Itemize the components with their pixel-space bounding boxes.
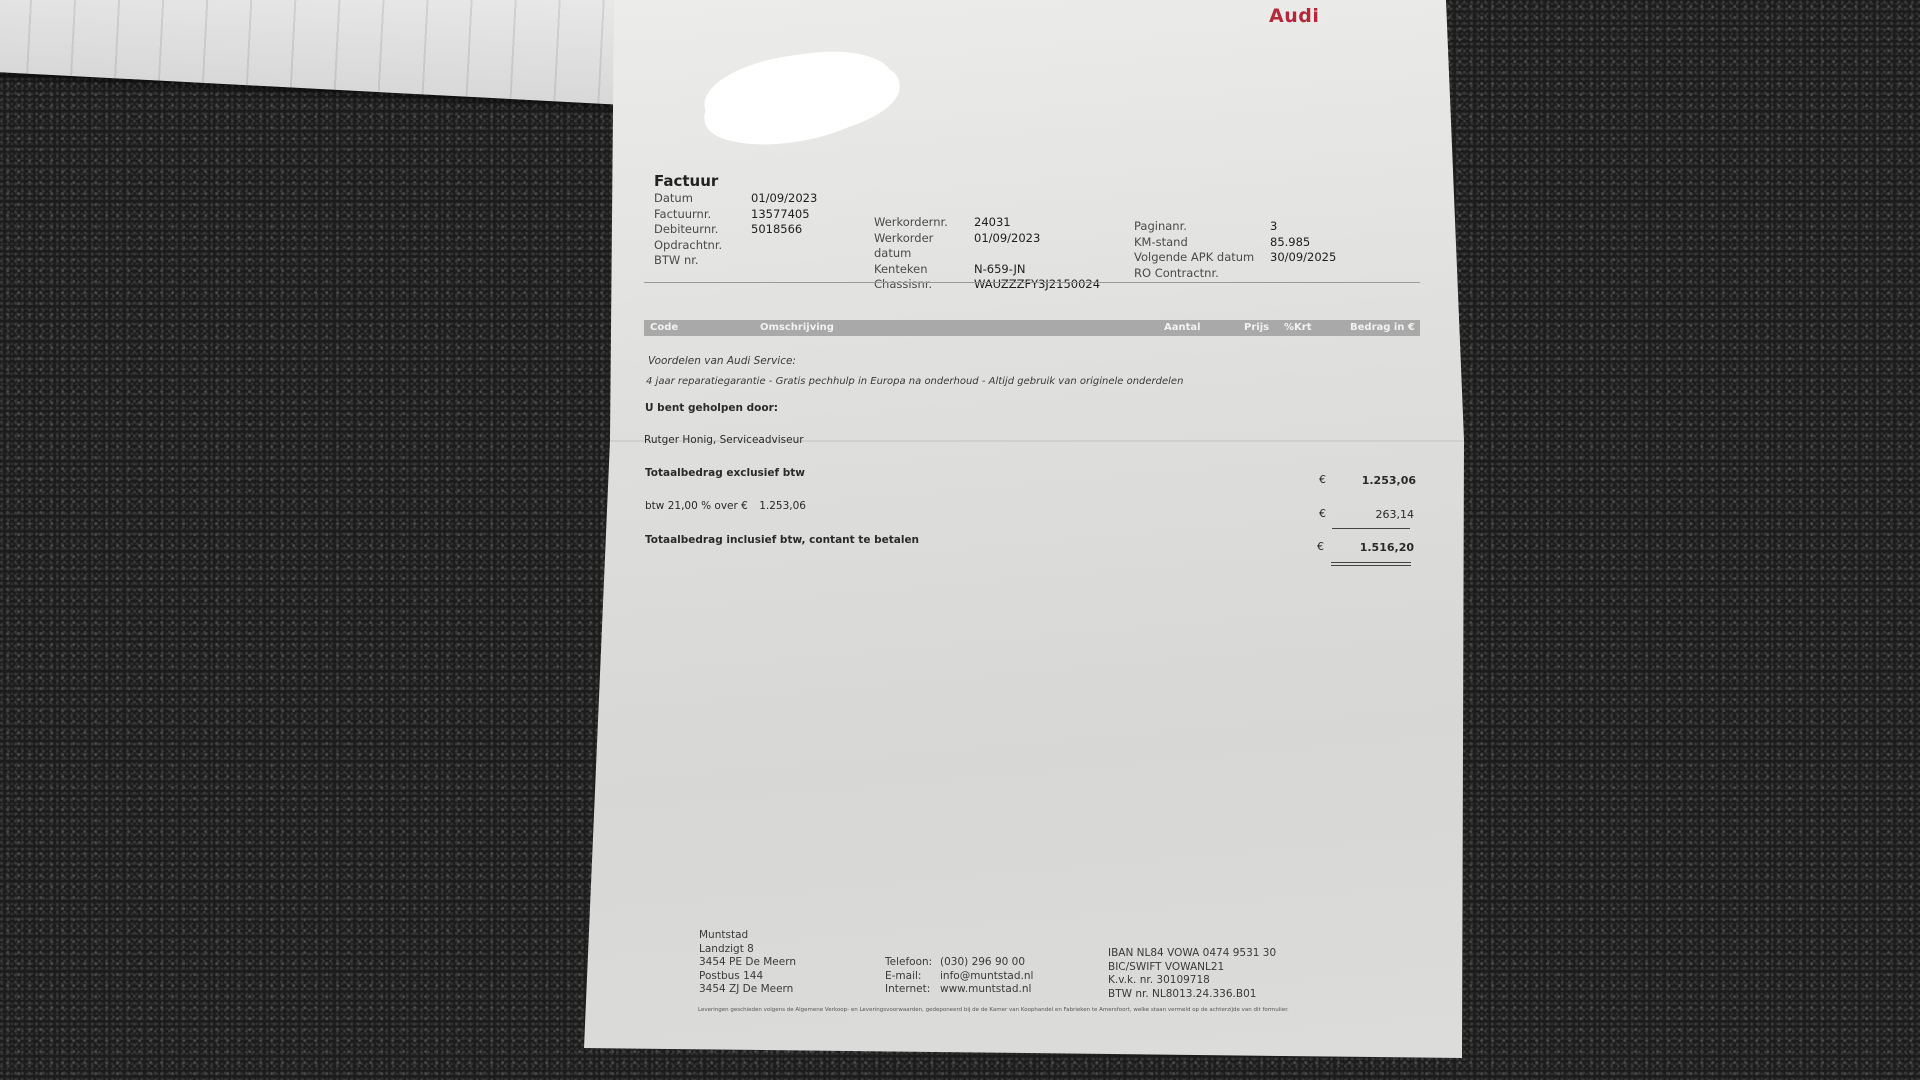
col-korting: %Krt xyxy=(1284,322,1311,333)
value-datum: 01/09/2023 xyxy=(751,191,817,207)
background-document-sheet xyxy=(0,0,719,110)
value-km-stand: 85.985 xyxy=(1270,235,1310,251)
col-bedrag: Bedrag in € xyxy=(1350,322,1415,333)
invoice-details: Datum01/09/2023 Factuurnr.13577405 Debit… xyxy=(654,191,817,269)
total-excl-label: Totaalbedrag exclusief btw xyxy=(645,467,805,479)
value-apk-datum: 30/09/2025 xyxy=(1270,250,1336,266)
value-chassisnr: WAUZZZFY3J2150024 xyxy=(974,277,1100,293)
vat-base: 1.253,06 xyxy=(759,500,806,512)
vat-line: btw 21,00 % over € 1.253,06 xyxy=(645,500,806,512)
value-telefoon: (030) 296 90 00 xyxy=(940,956,1025,970)
currency-excl: € xyxy=(1319,473,1326,486)
vehicle-details: Paginanr.3 KM-stand85.985 Volgende APK d… xyxy=(1134,219,1336,281)
benefits-text: 4 jaar reparatiegarantie - Gratis pechhu… xyxy=(646,376,1183,387)
label-chassisnr: Chassisnr. xyxy=(874,277,974,293)
label-paginanr: Paginanr. xyxy=(1134,219,1270,235)
address-line: 3454 PE De Meern xyxy=(699,956,796,970)
label-werkorder-datum: Werkorder datum xyxy=(874,231,974,262)
service-advisor: Rutger Honig, Serviceadviseur xyxy=(644,434,804,446)
label-kenteken: Kenteken xyxy=(874,262,974,278)
helped-by-label: U bent geholpen door: xyxy=(645,402,778,414)
table-header: Code Omschrijving Aantal Prijs %Krt Bedr… xyxy=(644,320,1420,336)
header-divider xyxy=(644,282,1420,283)
col-code: Code xyxy=(650,322,678,333)
benefits-title: Voordelen van Audi Service: xyxy=(648,355,796,367)
address-line: 3454 ZJ De Meern xyxy=(699,983,796,997)
label-werkordernr: Werkordernr. xyxy=(874,215,974,231)
value-paginanr: 3 xyxy=(1270,219,1277,235)
label-email: E-mail: xyxy=(885,970,940,984)
subtotal-underline xyxy=(1332,528,1410,529)
total-incl-amount: 1.516,20 xyxy=(1324,541,1414,554)
address-line: Landzigt 8 xyxy=(699,943,796,957)
vat-amount: 263,14 xyxy=(1324,508,1414,521)
label-apk-datum: Volgende APK datum xyxy=(1134,250,1270,266)
address-line: Muntstad xyxy=(699,929,796,943)
label-debiteurnr: Debiteurnr. xyxy=(654,222,751,238)
address-line: Postbus 144 xyxy=(699,970,796,984)
label-internet: Internet: xyxy=(885,983,940,997)
value-factuurnr: 13577405 xyxy=(751,207,810,223)
label-telefoon: Telefoon: xyxy=(885,956,940,970)
col-prijs: Prijs xyxy=(1244,322,1269,333)
label-km-stand: KM-stand xyxy=(1134,235,1270,251)
terms-fineprint: Leveringen geschieden volgens de Algemen… xyxy=(698,1007,1289,1013)
invoice-title: Factuur xyxy=(654,172,718,190)
total-incl-label: Totaalbedrag inclusief btw, contant te b… xyxy=(645,534,919,546)
workorder-details: Werkordernr.24031 Werkorder datum01/09/2… xyxy=(874,215,1100,293)
redacted-address xyxy=(699,42,898,148)
total-double-underline-1 xyxy=(1331,562,1411,563)
value-kenteken: N-659-JN xyxy=(974,262,1026,278)
company-bank-details: IBAN NL84 VOWA 0474 9531 30 BIC/SWIFT VO… xyxy=(1108,947,1276,1001)
vat-number: BTW nr. NL8013.24.336.B01 xyxy=(1108,988,1276,1002)
label-factuurnr: Factuurnr. xyxy=(654,207,751,223)
label-ro-contractnr: RO Contractnr. xyxy=(1134,266,1270,282)
bank-bic: BIC/SWIFT VOWANL21 xyxy=(1108,961,1276,975)
value-werkordernr: 24031 xyxy=(974,215,1011,231)
vat-label: btw 21,00 % over € xyxy=(645,500,748,512)
label-datum: Datum xyxy=(654,191,751,207)
bank-iban: IBAN NL84 VOWA 0474 9531 30 xyxy=(1108,947,1276,961)
label-opdrachtnr: Opdrachtnr. xyxy=(654,238,751,254)
audi-logo: Audi xyxy=(1269,5,1319,27)
value-internet: www.muntstad.nl xyxy=(940,983,1031,997)
value-email: info@muntstad.nl xyxy=(940,970,1033,984)
col-aantal: Aantal xyxy=(1164,322,1201,333)
total-excl-amount: 1.253,06 xyxy=(1326,474,1416,487)
kvk-number: K.v.k. nr. 30109718 xyxy=(1108,974,1276,988)
currency-incl: € xyxy=(1317,540,1324,553)
company-contact: Telefoon:(030) 296 90 00 E-mail:info@mun… xyxy=(885,956,1033,997)
invoice-paper: Audi Factuur Datum01/09/2023 Factuurnr.1… xyxy=(584,0,1464,1058)
label-btw-nr: BTW nr. xyxy=(654,253,751,269)
col-omschrijving: Omschrijving xyxy=(760,322,834,333)
company-address: Muntstad Landzigt 8 3454 PE De Meern Pos… xyxy=(699,929,796,997)
value-debiteurnr: 5018566 xyxy=(751,222,802,238)
total-double-underline-2 xyxy=(1331,565,1411,566)
value-werkorder-datum: 01/09/2023 xyxy=(974,231,1040,262)
